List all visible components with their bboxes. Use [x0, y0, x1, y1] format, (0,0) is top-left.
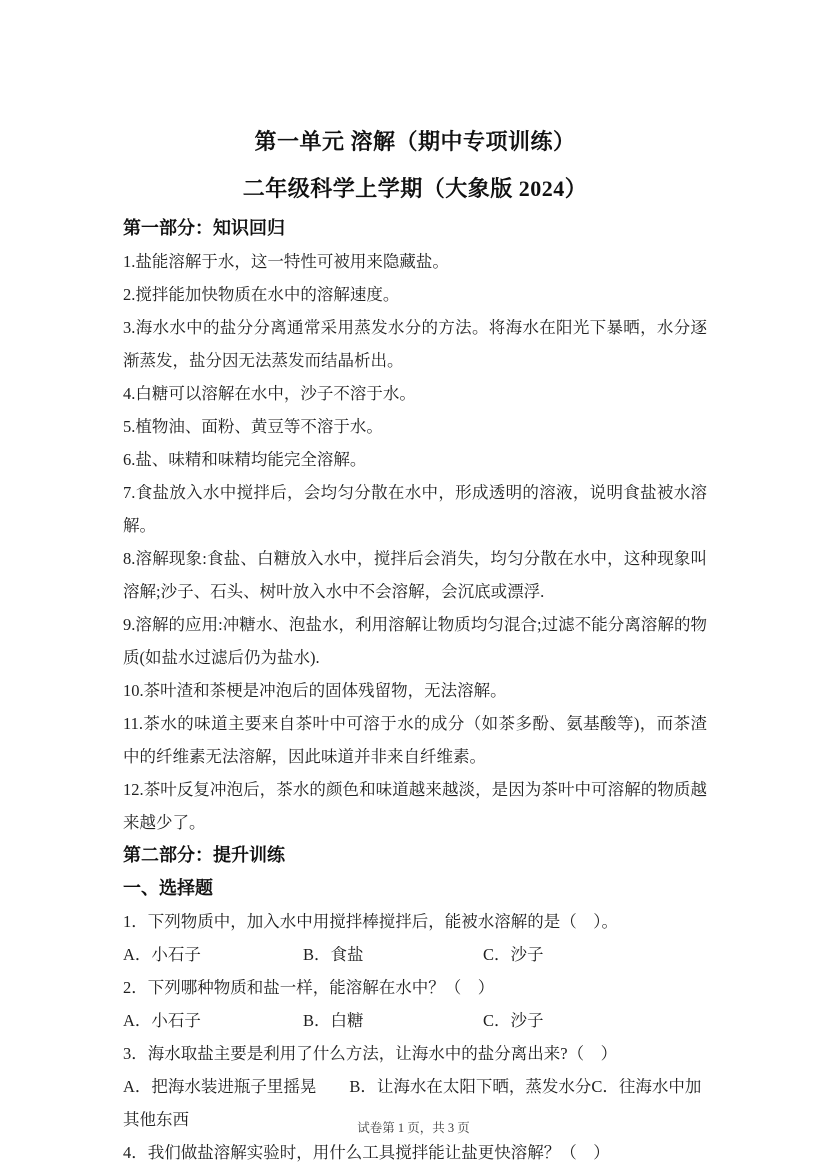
section2-heading: 第二部分：提升训练: [123, 839, 707, 872]
knowledge-point-5: 5.植物油、面粉、黄豆等不溶于水。: [123, 410, 707, 443]
document-page: 第一单元 溶解（期中专项训练） 二年级科学上学期（大象版 2024） 第一部分：…: [0, 0, 827, 1169]
document-title: 第一单元 溶解（期中专项训练）: [123, 118, 707, 165]
knowledge-point-1: 1.盐能溶解于水，这一特性可被用来隐藏盐。: [123, 245, 707, 278]
question-2-option-b: B．白糖: [303, 1004, 483, 1037]
question-1-options: A．小石子 B．食盐 C．沙子: [123, 938, 707, 971]
question-1: 1．下列物质中，加入水中用搅拌棒搅拌后，能被水溶解的是（ ）。: [123, 905, 707, 938]
choice-questions-heading: 一、选择题: [123, 872, 707, 905]
knowledge-point-7: 7.食盐放入水中搅拌后，会均匀分散在水中，形成透明的溶液，说明食盐被水溶解。: [123, 476, 707, 542]
question-4: 4．我们做盐溶解实验时，用什么工具搅拌能让盐更快溶解？（ ）: [123, 1136, 707, 1169]
question-1-option-a: A．小石子: [123, 938, 303, 971]
knowledge-point-4: 4.白糖可以溶解在水中，沙子不溶于水。: [123, 377, 707, 410]
document-content: 第一单元 溶解（期中专项训练） 二年级科学上学期（大象版 2024） 第一部分：…: [123, 118, 707, 1169]
question-2: 2．下列哪种物质和盐一样，能溶解在水中？（ ）: [123, 971, 707, 1004]
question-2-options: A．小石子 B．白糖 C．沙子: [123, 1004, 707, 1037]
knowledge-point-11: 11.茶水的味道主要来自茶叶中可溶于水的成分（如茶多酚、氨基酸等)，而茶渣中的纤…: [123, 707, 707, 773]
knowledge-point-10: 10.茶叶渣和茶梗是冲泡后的固体残留物，无法溶解。: [123, 674, 707, 707]
knowledge-point-8: 8.溶解现象:食盐、白糖放入水中，搅拌后会消失，均匀分散在水中，这种现象叫溶解;…: [123, 542, 707, 608]
knowledge-point-6: 6.盐、味精和味精均能完全溶解。: [123, 443, 707, 476]
section1-heading: 第一部分：知识回归: [123, 212, 707, 245]
page-footer: 试卷第 1 页，共 3 页: [0, 1120, 827, 1136]
question-2-option-c: C．沙子: [483, 1004, 707, 1037]
knowledge-point-2: 2.搅拌能加快物质在水中的溶解速度。: [123, 278, 707, 311]
question-1-option-c: C．沙子: [483, 938, 707, 971]
question-2-option-a: A．小石子: [123, 1004, 303, 1037]
document-subtitle: 二年级科学上学期（大象版 2024）: [123, 165, 707, 212]
question-1-option-b: B．食盐: [303, 938, 483, 971]
knowledge-point-12: 12.茶叶反复冲泡后，茶水的颜色和味道越来越淡，是因为茶叶中可溶解的物质越来越少…: [123, 773, 707, 839]
knowledge-point-9: 9.溶解的应用:冲糖水、泡盐水，利用溶解让物质均匀混合;过滤不能分离溶解的物质(…: [123, 608, 707, 674]
knowledge-point-3: 3.海水水中的盐分分离通常采用蒸发水分的方法。将海水在阳光下暴晒，水分逐渐蒸发，…: [123, 311, 707, 377]
question-3: 3．海水取盐主要是利用了什么方法，让海水中的盐分离出来?（ ）: [123, 1037, 707, 1070]
